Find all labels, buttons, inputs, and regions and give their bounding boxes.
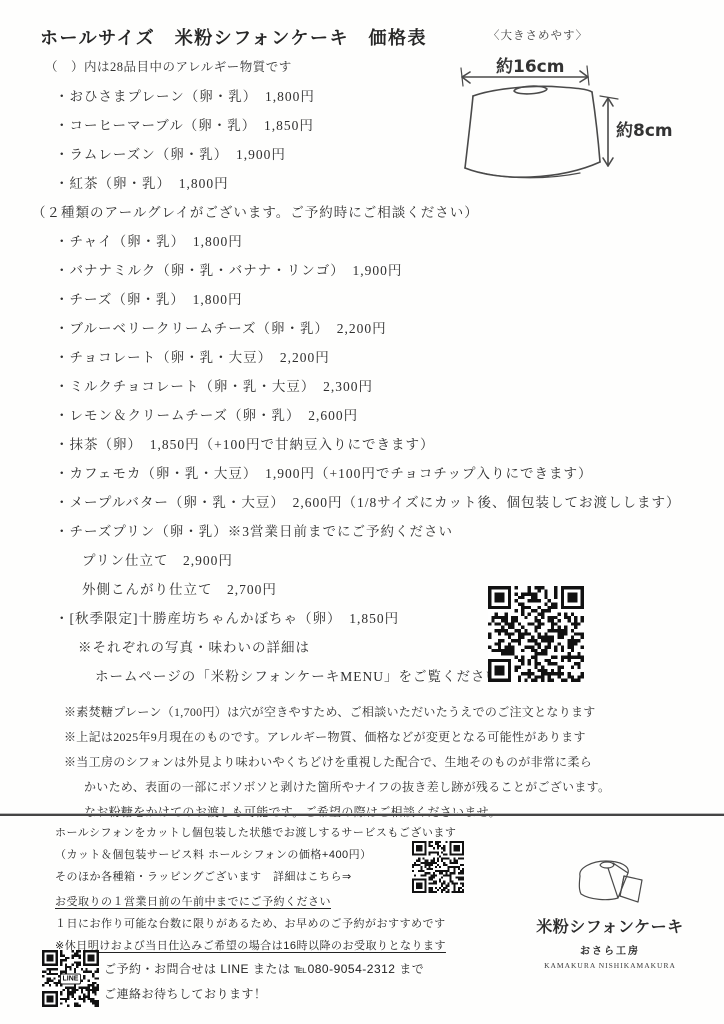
menu-item: ・チーズ（卵・乳） 1,800円 bbox=[32, 285, 700, 314]
menu-item: ・チーズプリン（卵・乳）※3営業日前までにご予約ください bbox=[32, 517, 700, 546]
note-line: かいため、表面の一部にボソボソと剥けた箇所やナイフの抜き差し跡が残ることがござい… bbox=[64, 775, 684, 800]
cake-width-label: 約16cm bbox=[496, 52, 564, 77]
note-line: ※当工房のシフォンは外見より味わいやくちどけを重視した配合で、生地そのものが非常… bbox=[64, 750, 684, 775]
menu-item: ・バナナミルク（卵・乳・バナナ・リンゴ） 1,900円 bbox=[32, 256, 700, 285]
menu-qr-code bbox=[488, 586, 584, 682]
menu-item: ・ミルクチョコレート（卵・乳・大豆） 2,300円 bbox=[32, 372, 700, 401]
price-sheet-page: ホールサイズ 米粉シフォンケーキ 価格表 （ ）内は28品目中のアレルギー物質で… bbox=[0, 0, 724, 1024]
capacity-note: １日にお作り可能な台数に限りがあるため、お早めのご予約がおすすめです bbox=[55, 913, 475, 935]
shop-logo: 米粉シフォンケーキ おさら工房 KAMAKURA NISHIKAMAKURA bbox=[515, 852, 705, 970]
size-guide: 〈大きさめやす〉 約16cm 約8cm bbox=[440, 22, 700, 212]
logo-cake-sketch-icon bbox=[566, 852, 654, 910]
menu-item: ・メープルバター（卵・乳・大豆） 2,600円（1/8サイズにカット後、個包装し… bbox=[32, 488, 700, 517]
menu-item: ・チョコレート（卵・乳・大豆） 2,200円 bbox=[32, 343, 700, 372]
page-title: ホールサイズ 米粉シフォンケーキ 価格表 bbox=[40, 24, 427, 50]
contact-info: ご予約・お問合せは LINE または ℡080-9054-2312 まで ご連絡… bbox=[104, 957, 504, 1007]
contact-line: ご予約・お問合せは LINE または ℡080-9054-2312 まで bbox=[104, 957, 504, 982]
menu-item: ・カフェモカ（卵・乳・大豆） 1,900円（+100円でチョコチップ入りにできま… bbox=[32, 459, 700, 488]
menu-item: ・抹茶（卵） 1,850円（+100円で甘納豆入りにできます） bbox=[32, 430, 700, 459]
line-qr-label: LINE bbox=[60, 973, 82, 984]
note-line: ※上記は2025年9月現在のものです。アレルギー物質、価格などが変更となる可能性… bbox=[64, 725, 684, 750]
menu-subitem: プリン仕立て 2,900円 bbox=[32, 546, 700, 575]
menu-subitem: 外側こんがり仕立て 2,700円 bbox=[32, 575, 700, 604]
wrapping-qr-code bbox=[412, 841, 464, 893]
menu-item: ・チャイ（卵・乳） 1,800円 bbox=[32, 227, 700, 256]
menu-item: ・ブルーベリークリームチーズ（卵・乳） 2,200円 bbox=[32, 314, 700, 343]
menu-remark: ホームページの「米粉シフォンケーキMENU」をご覧ください。 ⇒ bbox=[32, 662, 700, 691]
logo-shop-name: 米粉シフォンケーキ bbox=[515, 914, 705, 937]
menu-remark: ※それぞれの写真・味わいの詳細は bbox=[32, 633, 700, 662]
cake-height-label: 約8cm bbox=[616, 116, 673, 141]
section-divider bbox=[0, 813, 724, 816]
logo-location: KAMAKURA NISHIKAMAKURA bbox=[515, 961, 705, 970]
holiday-pickup-note: ※休日明けおよび当日仕込みご希望の場合は16時以降のお受取りとなります bbox=[55, 935, 475, 957]
logo-studio-name: おさら工房 bbox=[515, 942, 705, 957]
reservation-deadline-note: お受取りの１営業日前の午前中までにご予約ください bbox=[55, 891, 475, 913]
menu-item: ・レモン＆クリームチーズ（卵・乳） 2,600円 bbox=[32, 401, 700, 430]
menu-item: ・[秋季限定]十勝産坊ちゃんかぼちゃ（卵） 1,850円 bbox=[32, 604, 700, 633]
contact-line: ご連絡お待ちしております！ bbox=[104, 982, 504, 1007]
notes-section: ※素焚糖プレーン（1,700円）は穴が空きやすため、ご相談いただいたうえでのご注… bbox=[64, 700, 684, 825]
allergy-note: （ ）内は28品目中のアレルギー物質です bbox=[45, 57, 292, 75]
line-qr-code: LINE bbox=[42, 950, 99, 1007]
note-line: ※素焚糖プレーン（1,700円）は穴が空きやすため、ご相談いただいたうえでのご注… bbox=[64, 700, 684, 725]
